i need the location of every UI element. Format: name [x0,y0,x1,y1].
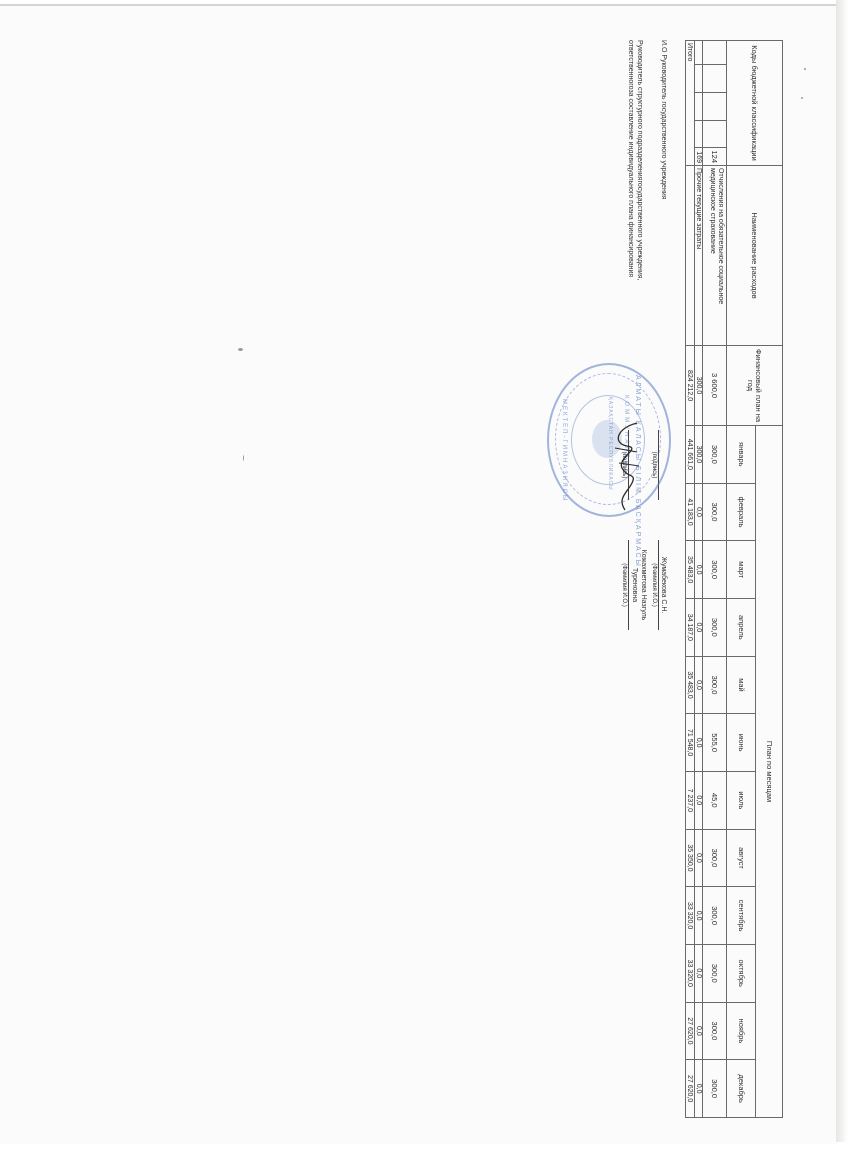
month-value-cell: 0,0 [695,887,703,945]
month-value-cell: 0,0 [695,771,703,829]
responsible-name-line [628,540,629,630]
total-month-cell: 35 483,0 [686,656,695,714]
header-month: январь [727,426,756,484]
month-value-cell: 300,0 [703,599,727,657]
header-row-top: Коды бюджетной классификации Наименовани… [756,41,783,1118]
total-month-cell: 33 320,0 [686,887,695,945]
total-month-cell: 7 237,0 [686,771,695,829]
month-value-cell: 0,0 [695,599,703,657]
month-value-cell: 300,0 [703,1060,727,1118]
header-month: октябрь [727,944,756,1002]
scan-speck [804,68,806,70]
month-value-cell: 300,0 [703,541,727,599]
month-value-cell: 300,0 [703,426,727,484]
name-cell: Отчисления на обязательное социальное ме… [703,166,727,346]
code-cell: 124 [703,148,727,166]
stamp-area: АЛМАТЫ ҚАЛАСЫ БІЛІМ БАСҚАРМАСЫ КОММУНАЛД… [547,363,697,553]
header-month: февраль [727,483,756,541]
month-value-cell: 300,0 [703,483,727,541]
month-value-cell: 300,0 [703,829,727,887]
header-month: сентябрь [727,887,756,945]
header-month: ноябрь [727,1002,756,1060]
header-codes: Коды бюджетной классификации [727,41,783,166]
month-value-cell: 0,0 [695,1060,703,1118]
annual-cell: 3 600,0 [703,346,727,426]
responsible-name-caption: (Фамилия И.О.) [621,540,627,630]
total-month-cell: 35 350,0 [686,829,695,887]
signature-block: И.О Руководитель государственного учрежд… [553,40,673,1118]
scan-edge [836,0,848,1142]
month-value-cell: 300,0 [703,944,727,1002]
total-month-cell: 27 620,0 [686,1060,695,1118]
stamp-bottom-text: МЕКТЕП-ГИМНАЗИЯСЫ [561,399,567,509]
scan-speck [801,97,803,99]
header-month: апрель [727,599,756,657]
total-month-cell: 34 187,0 [686,599,695,657]
header-month: март [727,541,756,599]
financing-plan-sheet: Коды бюджетной классификации Наименовани… [23,40,783,1118]
month-value-cell: 0,0 [695,714,703,772]
header-name: Наименование расходов [727,166,783,346]
total-month-cell: 33 320,0 [686,944,695,1002]
header-month: июль [727,771,756,829]
head-label: И.О Руководитель государственного учрежд… [660,40,667,200]
table-row: 169 Прочие текущие затраты 300,0 300,00,… [695,41,703,1118]
header-month: август [727,829,756,887]
month-value-cell: 0,0 [695,944,703,1002]
header-month: декабрь [727,1060,756,1118]
responsible-label-line2: ответственногоза составление индивидуаль… [627,40,634,277]
month-value-cell: 555,0 [703,714,727,772]
total-month-cell: 71 548,0 [686,714,695,772]
month-value-cell: 0,0 [695,829,703,887]
name-cell: Прочие текущие затраты [695,166,703,346]
head-name: Жумабекова С.Н. [660,540,667,630]
head-name-caption: (Фамилия И.О.) [651,540,657,630]
header-monthly-plan: План по месяцам [756,426,783,1118]
month-value-cell: 0,0 [695,656,703,714]
header-month: июнь [727,714,756,772]
head-name-line [658,540,659,630]
total-label: Итого [686,41,695,166]
month-value-cell: 300,0 [703,1002,727,1060]
total-month-cell: 27 620,0 [686,1002,695,1060]
month-value-cell: 300,0 [703,656,727,714]
code-cell: 169 [695,148,703,166]
table-row: 124 Отчисления на обязательное социально… [703,41,727,1118]
header-annual-plan: Финансовый план на год [727,346,783,426]
responsible-name-line1: Кожахметова Назгуль [640,540,647,630]
responsible-label-line1: Руководитель структурного подразделенияг… [636,40,643,281]
month-value-cell: 300,0 [703,887,727,945]
monthly-plan-table: Коды бюджетной классификации Наименовани… [685,40,783,1118]
month-value-cell: 45,0 [703,771,727,829]
handwritten-signature-icon [607,418,647,518]
header-month: май [727,656,756,714]
total-row: Итого 824 212,0 441 661,041 183,035 483,… [686,41,695,1118]
month-value-cell: 0,0 [695,1002,703,1060]
